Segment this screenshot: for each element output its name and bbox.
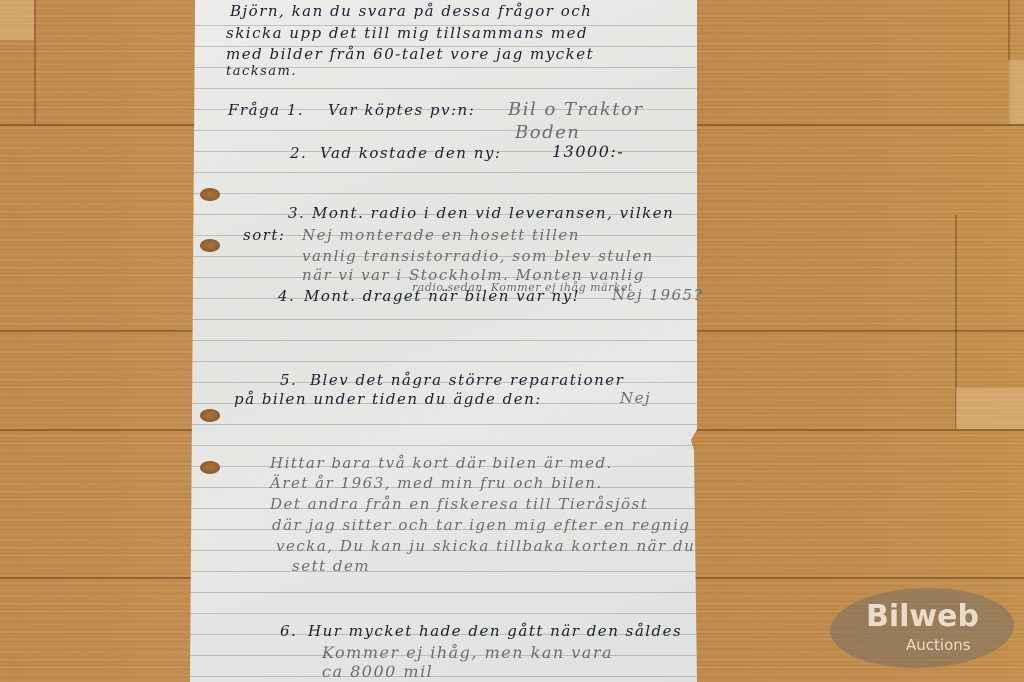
question-4-label: 4. (278, 287, 295, 305)
watermark-subtitle: Auctions (906, 636, 971, 654)
question-6-label: 6. (280, 622, 297, 640)
question-3-text: sort: (243, 226, 285, 244)
intro-line: tacksam. (226, 64, 297, 79)
question-1-text: Var köptes pv:n: (328, 101, 475, 119)
question-5-label: 5. (280, 371, 297, 389)
intro-line: skicka upp det till mig tillsammans med (226, 24, 588, 42)
punch-hole (200, 409, 220, 422)
question-1-answer: Bil o Traktor (508, 99, 643, 120)
question-5-text: på bilen under tiden du ägde den: (234, 390, 542, 408)
intro-line: med bilder från 60-talet vore jag mycket (226, 45, 594, 63)
punch-hole (200, 239, 220, 252)
note-line: där jag sitter och tar igen mig efter en… (272, 516, 690, 534)
plank-highlight (0, 0, 34, 40)
question-3-answer: Nej monterade en hosett tillen (302, 226, 580, 244)
plank-seam (34, 0, 36, 124)
plank-highlight (1008, 60, 1024, 124)
punch-hole (200, 461, 220, 474)
note-line: Hittar bara två kort där bilen är med. (270, 454, 613, 472)
note-line: vecka, Du kan ju skicka tillbaka korten … (276, 537, 695, 555)
question-6-answer: ca 8000 mil (322, 662, 433, 681)
punch-hole (200, 188, 220, 201)
plank-highlight (956, 388, 1024, 429)
question-5-answer: Nej (620, 389, 651, 407)
note-line: sett dem (292, 557, 370, 575)
note-line: Det andra från en fiskeresa till Tieråsj… (270, 495, 648, 513)
question-4-answer: Nej 1965? (612, 286, 703, 304)
question-2-text: Vad kostade den ny: (320, 144, 501, 162)
question-2-answer: 13000:- (552, 142, 624, 161)
question-2-label: 2. (290, 144, 307, 162)
question-1-answer: Boden (515, 122, 580, 143)
question-6-text: Hur mycket hade den gått när den såldes (308, 622, 682, 640)
question-3-label: 3. (288, 204, 305, 222)
question-3-answer: vanlig transistorradio, som blev stulen (302, 247, 654, 265)
note-line: Äret år 1963, med min fru och bilen. (270, 474, 603, 492)
question-3-text: Mont. radio i den vid leveransen, vilken (312, 204, 674, 222)
question-5-text: Blev det några större reparationer (310, 371, 624, 389)
question-6-answer: Kommer ej ihåg, men kan vara (322, 643, 613, 662)
question-4-text: Mont. draget när bilen var ny! (304, 287, 580, 305)
intro-line: Björn, kan du svara på dessa frågor och (230, 2, 592, 20)
question-1-label: Fråga 1. (228, 101, 304, 119)
watermark-brand: Bilweb (866, 599, 979, 634)
